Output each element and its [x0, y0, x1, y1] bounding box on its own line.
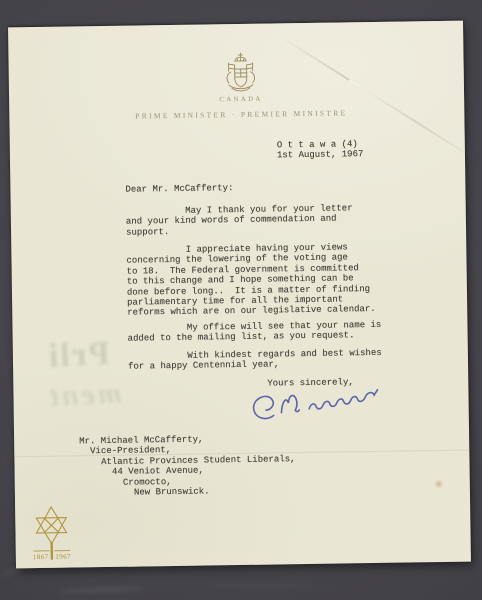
- centennial-year-1967: 1967: [55, 552, 71, 560]
- paragraph-1: May I thank you for your letter and your…: [126, 203, 353, 238]
- show-through-print: ment: [47, 377, 122, 415]
- crest-caption: CANADA: [191, 95, 291, 103]
- letter-paper: Prli ment CANADA PRIME MINISTER · PREMIE…: [8, 21, 471, 569]
- show-through-print: Prli: [46, 335, 111, 376]
- paragraph-3: My office will see that your name is add…: [127, 320, 381, 345]
- centennial-year-1867: 1867: [33, 552, 49, 560]
- centennial-logo: 1867 1967: [29, 503, 86, 562]
- canada-coat-of-arms-icon: [222, 52, 259, 95]
- salutation: Dear Mr. McCafferty:: [125, 183, 233, 195]
- mat-scuff-mark: [60, 587, 145, 594]
- letterhead-title: PRIME MINISTER · PREMIER MINISTRE: [21, 107, 461, 123]
- signature-autograph: [241, 385, 410, 439]
- foxing-spot: [435, 479, 443, 489]
- dateline: O t t a w a (4) 1st August, 1967: [277, 139, 364, 161]
- mat-scuff-mark: [205, 583, 315, 588]
- paragraph-4: With kindest regards and best wishes for…: [128, 348, 382, 373]
- photo-mat-background: Prli ment CANADA PRIME MINISTER · PREMIE…: [0, 0, 482, 600]
- paragraph-2: I appreciate having your views concernin…: [126, 242, 376, 319]
- recipient-address-block: Mr. Michael McCafferty, Vice-President, …: [79, 433, 296, 499]
